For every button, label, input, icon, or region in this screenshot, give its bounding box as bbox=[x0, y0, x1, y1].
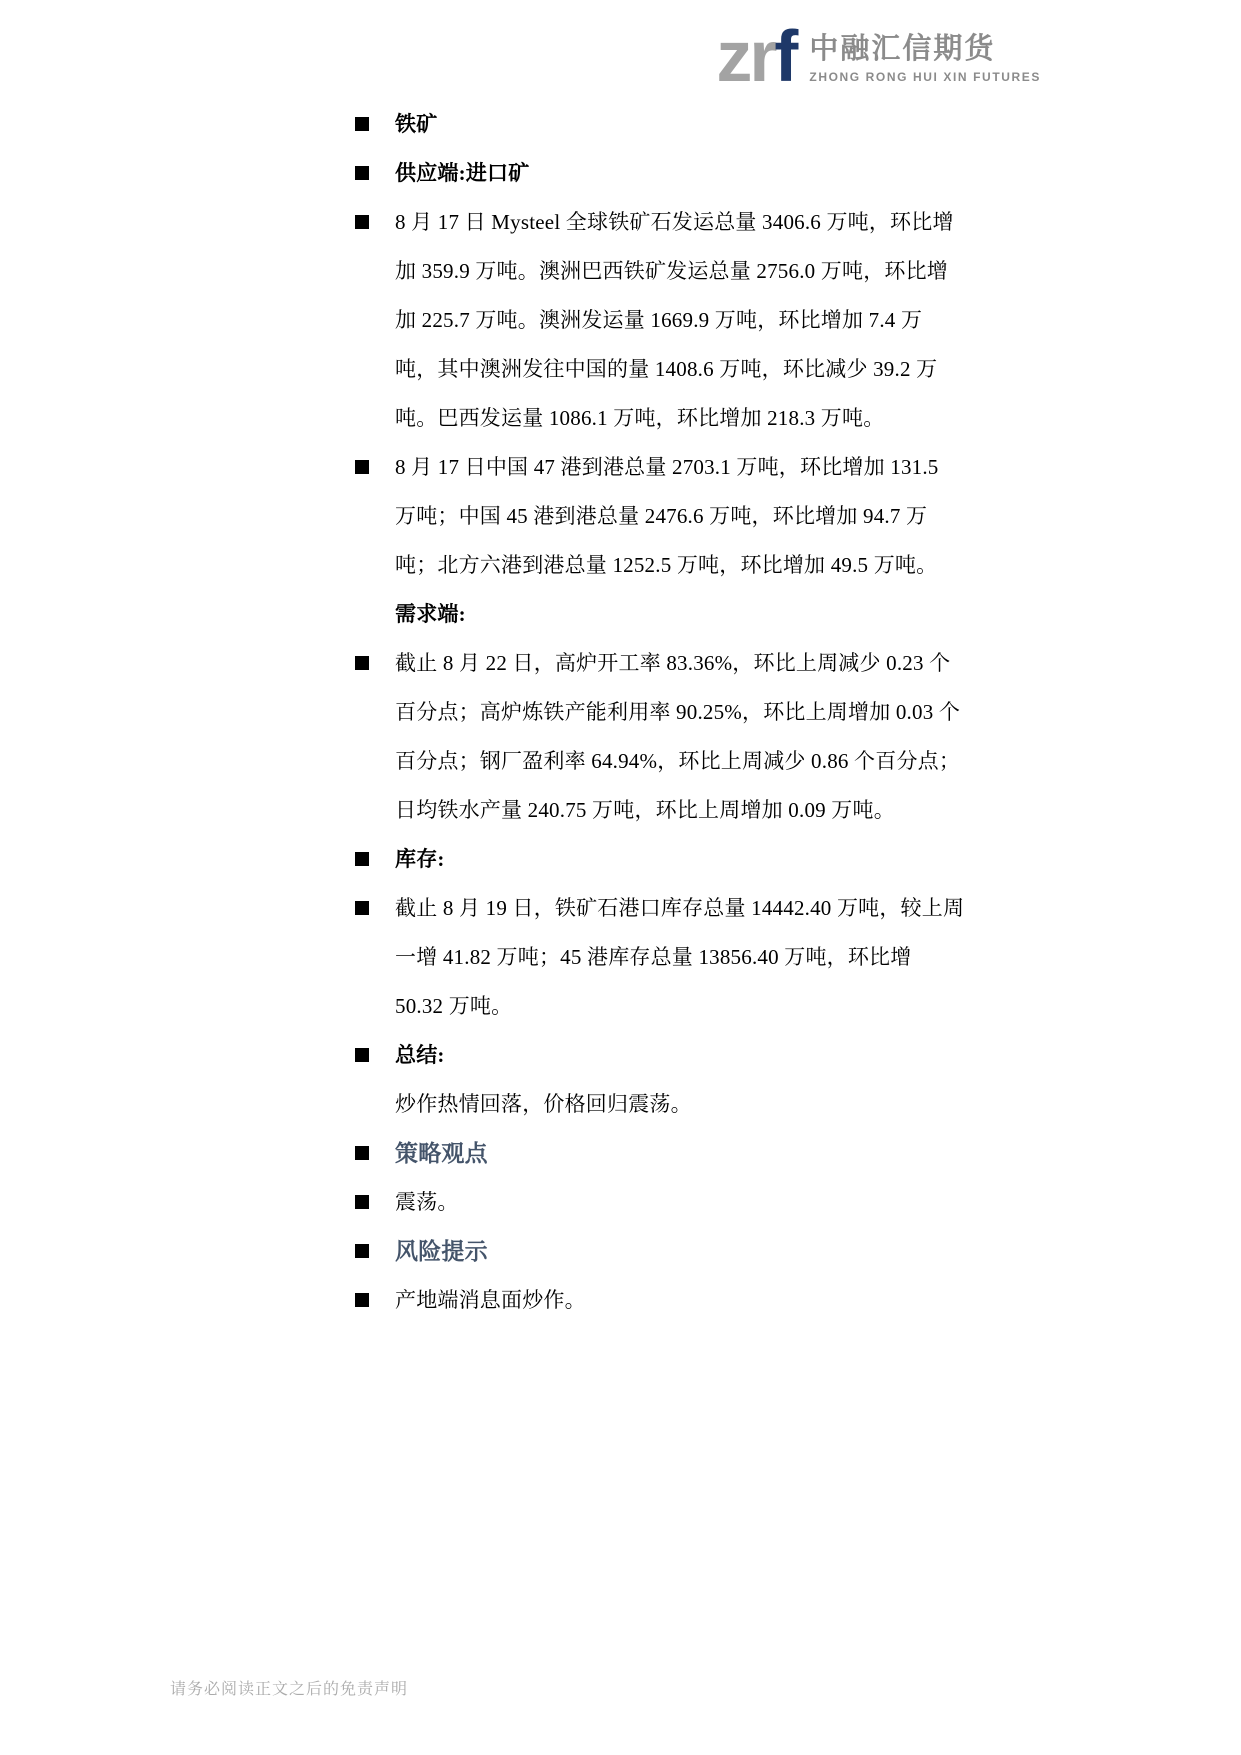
text-item: 炒作热情回落，价格回归震荡。 bbox=[355, 1080, 995, 1129]
bullet-square-icon bbox=[355, 1048, 369, 1062]
text-line: 风险提示 bbox=[395, 1227, 488, 1276]
bullet-item: 8 月 17 日 Mysteel 全球铁矿石发运总量 3406.6 万吨，环比增… bbox=[355, 198, 995, 443]
text-line: 8 月 17 日 Mysteel 全球铁矿石发运总量 3406.6 万吨，环比增 bbox=[395, 198, 954, 247]
text-line: 50.32 万吨。 bbox=[395, 982, 964, 1031]
company-name-en: ZHONG RONG HUI XIN FUTURES bbox=[809, 70, 1041, 84]
text-line: 震荡。 bbox=[395, 1178, 459, 1227]
item-text: 震荡。 bbox=[395, 1178, 459, 1227]
bullet-square-icon bbox=[355, 1195, 369, 1209]
text-line: 截止 8 月 22 日，高炉开工率 83.36%，环比上周减少 0.23 个 bbox=[395, 639, 960, 688]
bullet-item: 8 月 17 日中国 47 港到港总量 2703.1 万吨，环比增加 131.5… bbox=[355, 443, 995, 590]
logo-zrf-wordmark: zrf bbox=[716, 26, 795, 88]
text-line: 供应端:进口矿 bbox=[395, 149, 529, 198]
bullet-square-icon bbox=[355, 1244, 369, 1258]
item-text: 总结: bbox=[395, 1031, 445, 1080]
bullet-item: 库存: bbox=[355, 835, 995, 884]
footer-disclaimer: 请务必阅读正文之后的免责声明 bbox=[170, 1676, 408, 1699]
item-text: 需求端: bbox=[395, 590, 466, 639]
bullet-spacer bbox=[355, 590, 369, 604]
item-text: 8 月 17 日 Mysteel 全球铁矿石发运总量 3406.6 万吨，环比增… bbox=[395, 198, 954, 443]
item-text: 截止 8 月 22 日，高炉开工率 83.36%，环比上周减少 0.23 个百分… bbox=[395, 639, 960, 835]
text-line: 库存: bbox=[395, 835, 445, 884]
bullet-item: 总结: bbox=[355, 1031, 995, 1080]
bullet-item: 策略观点 bbox=[355, 1129, 995, 1178]
item-text: 8 月 17 日中国 47 港到港总量 2703.1 万吨，环比增加 131.5… bbox=[395, 443, 939, 590]
bullet-square-icon bbox=[355, 1146, 369, 1160]
text-line: 吨；北方六港到港总量 1252.5 万吨，环比增加 49.5 万吨。 bbox=[395, 541, 939, 590]
bullet-item: 截止 8 月 22 日，高炉开工率 83.36%，环比上周减少 0.23 个百分… bbox=[355, 639, 995, 835]
logo-f-letter: f bbox=[774, 17, 795, 97]
text-line: 吨。巴西发运量 1086.1 万吨，环比增加 218.3 万吨。 bbox=[395, 394, 954, 443]
bullet-item: 截止 8 月 19 日，铁矿石港口库存总量 14442.40 万吨，较上周一增 … bbox=[355, 884, 995, 1031]
text-line: 万吨；中国 45 港到港总量 2476.6 万吨，环比增加 94.7 万 bbox=[395, 492, 939, 541]
bullet-item: 产地端消息面炒作。 bbox=[355, 1276, 995, 1325]
bullet-square-icon bbox=[355, 460, 369, 474]
text-line: 百分点；钢厂盈利率 64.94%，环比上周减少 0.86 个百分点； bbox=[395, 737, 960, 786]
text-line: 需求端: bbox=[395, 590, 466, 639]
item-text: 炒作热情回落，价格回归震荡。 bbox=[395, 1080, 692, 1129]
text-line: 炒作热情回落，价格回归震荡。 bbox=[395, 1080, 692, 1129]
text-line: 百分点；高炉炼铁产能利用率 90.25%，环比上周增加 0.03 个 bbox=[395, 688, 960, 737]
bullet-square-icon bbox=[355, 117, 369, 131]
content-list: 铁矿供应端:进口矿8 月 17 日 Mysteel 全球铁矿石发运总量 3406… bbox=[355, 100, 995, 1325]
text-line: 8 月 17 日中国 47 港到港总量 2703.1 万吨，环比增加 131.5 bbox=[395, 443, 939, 492]
company-name-cn: 中融汇信期货 bbox=[809, 32, 1041, 66]
item-text: 库存: bbox=[395, 835, 445, 884]
bullet-spacer bbox=[355, 1080, 369, 1094]
bullet-square-icon bbox=[355, 1293, 369, 1307]
item-text: 铁矿 bbox=[395, 100, 437, 149]
text-item: 需求端: bbox=[355, 590, 995, 639]
text-line: 加 225.7 万吨。澳洲发运量 1669.9 万吨，环比增加 7.4 万 bbox=[395, 296, 954, 345]
bullet-item: 铁矿 bbox=[355, 100, 995, 149]
text-line: 日均铁水产量 240.75 万吨，环比上周增加 0.09 万吨。 bbox=[395, 786, 960, 835]
item-text: 供应端:进口矿 bbox=[395, 149, 529, 198]
company-logo: zrf 中融汇信期货 ZHONG RONG HUI XIN FUTURES bbox=[716, 26, 1041, 88]
item-text: 产地端消息面炒作。 bbox=[395, 1276, 586, 1325]
logo-text-block: 中融汇信期货 ZHONG RONG HUI XIN FUTURES bbox=[809, 26, 1041, 84]
bullet-item: 震荡。 bbox=[355, 1178, 995, 1227]
text-line: 一增 41.82 万吨；45 港库存总量 13856.40 万吨，环比增 bbox=[395, 933, 964, 982]
text-line: 铁矿 bbox=[395, 100, 437, 149]
bullet-item: 风险提示 bbox=[355, 1227, 995, 1276]
report-page: zrf 中融汇信期货 ZHONG RONG HUI XIN FUTURES 铁矿… bbox=[0, 0, 1241, 1755]
item-text: 风险提示 bbox=[395, 1227, 488, 1276]
logo-zr-letters: zr bbox=[716, 17, 774, 97]
text-line: 加 359.9 万吨。澳洲巴西铁矿发运总量 2756.0 万吨，环比增 bbox=[395, 247, 954, 296]
text-line: 吨，其中澳洲发往中国的量 1408.6 万吨，环比减少 39.2 万 bbox=[395, 345, 954, 394]
bullet-square-icon bbox=[355, 901, 369, 915]
item-text: 截止 8 月 19 日，铁矿石港口库存总量 14442.40 万吨，较上周一增 … bbox=[395, 884, 964, 1031]
text-line: 策略观点 bbox=[395, 1129, 488, 1178]
item-text: 策略观点 bbox=[395, 1129, 488, 1178]
bullet-square-icon bbox=[355, 215, 369, 229]
bullet-square-icon bbox=[355, 656, 369, 670]
text-line: 产地端消息面炒作。 bbox=[395, 1276, 586, 1325]
text-line: 总结: bbox=[395, 1031, 445, 1080]
bullet-square-icon bbox=[355, 166, 369, 180]
bullet-item: 供应端:进口矿 bbox=[355, 149, 995, 198]
bullet-square-icon bbox=[355, 852, 369, 866]
text-line: 截止 8 月 19 日，铁矿石港口库存总量 14442.40 万吨，较上周 bbox=[395, 884, 964, 933]
